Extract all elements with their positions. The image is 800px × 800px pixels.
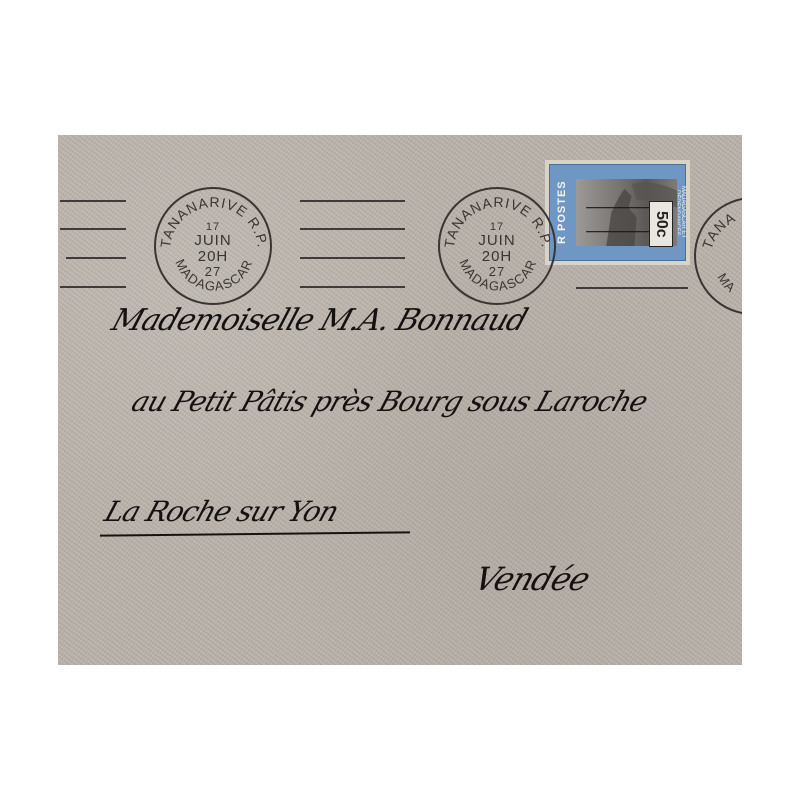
cancel-line	[60, 200, 126, 202]
stamp-side-text: R POSTES	[556, 173, 572, 252]
address-line-town: La Roche sur Yon	[101, 495, 343, 528]
postmark-year: 27	[156, 264, 270, 280]
cancel-line	[300, 257, 405, 259]
postmark-ring-text: TANA MA	[694, 197, 742, 315]
postmark-time: 20H	[156, 249, 270, 265]
postmark-month: JUIN	[440, 233, 554, 249]
postmark: TANANARIVE R.P. MADAGASCAR 17 JUIN 20H 2…	[154, 187, 272, 305]
address-line-locality: au Petit Pâtis près Bourg sous Laroche	[128, 385, 652, 418]
cancel-line	[300, 286, 405, 288]
cancel-line	[300, 228, 405, 230]
cancel-line	[60, 228, 126, 230]
postmark: TANANARIVE R.P. MADAGASCAR 17 JUIN 20H 2…	[438, 187, 556, 305]
stamp-value: 50c	[649, 201, 673, 247]
svg-text:MA: MA	[715, 270, 739, 295]
stamp-country-text: MADAGASCAR ET DÉPENDANCES	[678, 173, 686, 252]
postmark-month: JUIN	[156, 233, 270, 249]
address-line-recipient: Mademoiselle M.A. Bonnaud	[107, 303, 531, 338]
svg-text:TANA: TANA	[699, 209, 738, 251]
cancel-line	[576, 287, 688, 289]
postmark-time: 20H	[440, 249, 554, 265]
postmark-partial: TANA MA	[694, 197, 742, 315]
address-underline	[100, 531, 410, 536]
stamp-frame: R POSTES 50c MADAGASCAR ET DÉPENDANCES	[549, 164, 686, 261]
cancel-line	[66, 257, 126, 259]
postmark-year: 27	[440, 264, 554, 280]
envelope: R POSTES 50c MADAGASCAR ET DÉPENDANCES T…	[58, 135, 742, 665]
cancel-line	[60, 286, 126, 288]
address-line-department: Vendée	[470, 560, 594, 598]
cancel-line	[300, 200, 405, 202]
postage-stamp: R POSTES 50c MADAGASCAR ET DÉPENDANCES	[545, 160, 690, 265]
